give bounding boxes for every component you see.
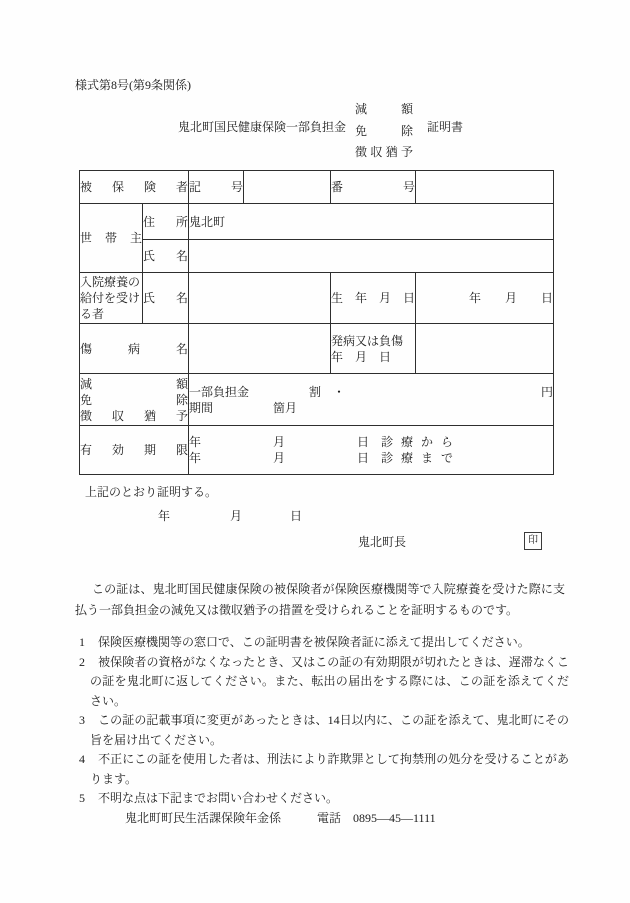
- validity-content: 年 月 日 診療から 年 月 日 診療まで: [189, 426, 554, 475]
- note-number-5: 5: [79, 789, 98, 809]
- validity-from-suffix: 診療から: [381, 435, 461, 449]
- insured-label: 被保険者: [80, 171, 189, 204]
- note-number-4: 4: [79, 750, 98, 770]
- certify-statement: 上記のとおり証明する。: [85, 485, 217, 499]
- validity-from-line: 年 月 日 診療から: [189, 434, 553, 450]
- title-option-deferment: 徴収猶予: [355, 142, 413, 164]
- certify-date-line: 年 月 日: [158, 509, 302, 523]
- note-text-4: 不正にこの証を使用した者は、刑法により詐欺罪として拘禁刑の処分を受けることがあり…: [90, 752, 569, 786]
- note-text-3: この証の記載事項に変更があったときは、14日以内に、この証を添えて、鬼北町にその…: [90, 713, 569, 747]
- patient-row: 入院療養の給付を受ける者 氏名 生年月日 年 月 日: [80, 273, 554, 324]
- note-number-2: 2: [79, 653, 98, 673]
- note-number-1: 1: [79, 633, 98, 653]
- form-number: 様式第8号(第9条関係): [75, 78, 191, 92]
- patient-name-value: [189, 273, 331, 324]
- householder-address-value: 鬼北町: [189, 204, 554, 240]
- validity-to-line: 年 月 日 診療まで: [189, 450, 553, 466]
- document-title-main: 鬼北町国民健康保険一部負担金: [178, 120, 346, 134]
- reduction-row: 減額 免除 徴収猶予 一部負担金 割 ・ 円 期間 箇月: [80, 374, 554, 426]
- reduction-label-line2: 免除: [80, 392, 188, 408]
- copayment-line: 一部負担金 割 ・ 円: [189, 384, 553, 400]
- description-paragraph: この証は、鬼北町国民健康保険の被保険者が保険医療機関等で入院療養を受けた際に支払…: [75, 579, 565, 621]
- title-option-exemption: 免除: [355, 121, 413, 143]
- householder-address-label: 住所: [143, 204, 189, 240]
- householder-label: 世帯主: [80, 204, 143, 273]
- reduction-label: 減額 免除 徴収猶予: [80, 374, 189, 426]
- note-item-3: 3この証の記載事項に変更があったときは、14日以内に、この証を添えて、鬼北町にそ…: [79, 711, 569, 750]
- disease-name-value: [189, 324, 331, 374]
- validity-label: 有効期限: [80, 426, 189, 475]
- validity-from-date: 年 月 日: [189, 435, 381, 449]
- document-page: 様式第8号(第9条関係) 鬼北町国民健康保険一部負担金 減額 免除 徴収猶予 証…: [0, 0, 630, 903]
- birthdate-label: 生年月日: [331, 273, 416, 324]
- document-title-suffix: 証明書: [427, 120, 463, 134]
- symbol-value-cell: [244, 171, 331, 204]
- title-option-reduction: 減額: [355, 99, 413, 121]
- certificate-table: 被保険者 記号 番号 世帯主 住所 鬼北町 氏名 入院療養の給付を受ける者 氏名…: [79, 170, 554, 475]
- number-label: 番号: [331, 171, 416, 204]
- note-text-2: 被保険者の資格がなくなったとき、又はこの証の有効期限が切れたときは、遅滞なくこの…: [90, 655, 569, 708]
- patient-label: 入院療養の給付を受ける者: [80, 273, 143, 324]
- note-item-1: 1保険医療機関等の窓口で、この証明書を被保険者証に添えて提出してください。: [79, 633, 569, 653]
- validity-row: 有効期限 年 月 日 診療から 年 月 日 診療まで: [80, 426, 554, 475]
- copayment-yen-label: 円: [541, 384, 553, 400]
- onset-date-label: 発病又は負傷 年 月 日: [331, 324, 416, 374]
- onset-date-label-line2: 年 月 日: [331, 349, 415, 365]
- note-item-5: 5不明な点は下記までお問い合わせください。: [79, 789, 569, 809]
- disease-name-label: 傷病名: [80, 324, 189, 374]
- insured-row: 被保険者 記号 番号: [80, 171, 554, 204]
- note-text-5: 不明な点は下記までお問い合わせください。: [98, 791, 338, 805]
- note-text-1: 保険医療機関等の窓口で、この証明書を被保険者証に添えて提出してください。: [98, 635, 530, 649]
- note-number-3: 3: [79, 711, 98, 731]
- note-item-4: 4不正にこの証を使用した者は、刑法により詐欺罪として拘禁刑の処分を受けることがあ…: [79, 750, 569, 789]
- period-line: 期間 箇月: [189, 400, 553, 416]
- validity-to-suffix: 診療まで: [381, 451, 461, 465]
- onset-date-label-line1: 発病又は負傷: [331, 333, 415, 349]
- reduction-label-line1: 減額: [80, 376, 188, 392]
- symbol-label: 記号: [189, 171, 244, 204]
- contact-line: 鬼北町町民生活課保険年金係 電話 0895―45―1111: [79, 809, 569, 829]
- patient-name-label: 氏名: [143, 273, 189, 324]
- disease-row: 傷病名 発病又は負傷 年 月 日: [80, 324, 554, 374]
- reduction-content: 一部負担金 割 ・ 円 期間 箇月: [189, 374, 554, 426]
- title-option-list: 減額 免除 徴収猶予: [355, 99, 413, 164]
- note-item-2: 2被保険者の資格がなくなったとき、又はこの証の有効期限が切れたときは、遅滞なくこ…: [79, 653, 569, 712]
- seal-mark: 印: [524, 532, 542, 550]
- mayor-name: 鬼北町長: [358, 535, 406, 549]
- householder-name-label: 氏名: [143, 240, 189, 273]
- householder-name-value: [189, 240, 554, 273]
- reduction-label-line3: 徴収猶予: [80, 408, 188, 424]
- householder-name-row: 氏名: [80, 240, 554, 273]
- number-value-cell: [416, 171, 554, 204]
- copayment-rate-text: 一部負担金 割 ・: [189, 384, 345, 400]
- notes-list: 1保険医療機関等の窓口で、この証明書を被保険者証に添えて提出してください。 2被…: [79, 633, 569, 828]
- birthdate-value: 年 月 日: [416, 273, 554, 324]
- validity-to-date: 年 月 日: [189, 451, 381, 465]
- householder-address-row: 世帯主 住所 鬼北町: [80, 204, 554, 240]
- onset-date-value: [416, 324, 554, 374]
